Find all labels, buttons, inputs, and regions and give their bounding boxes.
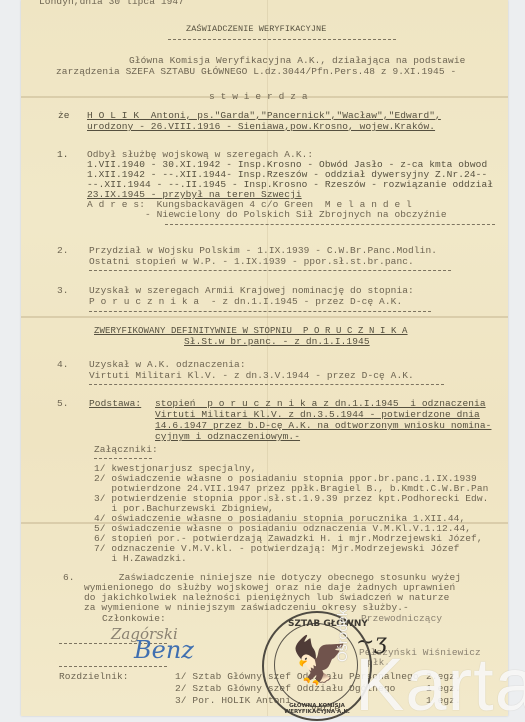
stamp-ring-text: GŁÓWNA KOMISJA WERYFIKACYJNA A.K. xyxy=(272,703,362,715)
section-4-line: Uzyskał w A.K. odznaczenia: xyxy=(89,360,246,371)
section-2-number: 2. xyxy=(57,246,69,257)
section-5-line: 14.6.1947 przez b.D-cę A.K. na odtworzon… xyxy=(155,421,491,432)
attachment-item: i H.Zawadzki. xyxy=(94,554,187,565)
document-page: Londyn,dnia 30 lipca 1947 ZAŚWIADCZENIE … xyxy=(21,0,508,716)
section-1-line: - Niewcielony do Polskich Sił Zbrojnych … xyxy=(87,210,447,221)
attachments-label: Załączniki: xyxy=(94,445,158,456)
section-1-number: 1. xyxy=(57,150,69,161)
members-label: Członkowie: xyxy=(102,614,166,625)
signature-blue-ink: Benz xyxy=(134,636,194,664)
section-6-line: za wymienione w niniejszym zaświadczeniu… xyxy=(84,603,409,614)
subject-prefix: że xyxy=(58,111,70,122)
section-rule xyxy=(165,224,495,225)
section-3-line: Uzyskał w szeregach Armii Krajowej nomin… xyxy=(89,286,414,297)
subject-name: H O L I K Antoni, ps."Garda","Pancernick… xyxy=(87,111,441,122)
section-2-line: Ostatni stopień w W.P. - 1.IX.1939 - ppo… xyxy=(89,257,414,268)
intro-line-2: zarządzenia SZEFA SZTABU GŁÓWNEGO L.dz.3… xyxy=(56,67,456,78)
section-rule xyxy=(89,311,431,312)
document-title: ZAŚWIADCZENIE WERYFIKACYJNE xyxy=(186,24,326,35)
chairman-label: Przewodniczący xyxy=(361,614,442,625)
karta-watermark-logo: Karta xyxy=(355,650,525,720)
section-5-line: stopień p o r u c z n i k a z dn.1.I.194… xyxy=(155,399,486,410)
section-3-number: 3. xyxy=(57,286,69,297)
subject-birth: urodzony - 26.VIII.1916 - Sieniawa,pow.K… xyxy=(87,122,435,133)
stamp-top-text: SZTAB GŁÓWNY xyxy=(288,619,368,629)
section-6-number: 6. xyxy=(63,573,75,584)
intro-line-1: Główna Komisja Weryfikacyjna A.K., dział… xyxy=(129,56,465,67)
section-5-number: 5. xyxy=(57,399,69,410)
section-4-number: 4. xyxy=(57,360,69,371)
paper-fold xyxy=(21,316,508,318)
section-rule xyxy=(89,384,444,385)
distribution-label: Rozdzielnik: xyxy=(59,672,129,683)
section-5-line: Virtuti Militari Kl.V. z dn.3.5.1944 - p… xyxy=(155,410,480,421)
section-rule xyxy=(89,270,451,271)
signature-line xyxy=(59,666,167,667)
place-date: Londyn,dnia 30 lipca 1947 xyxy=(39,0,184,8)
title-rule xyxy=(168,39,396,40)
section-2-line: Przydział w Wojsku Polskim - 1.IX.1939 -… xyxy=(89,246,437,257)
verified-subheading: Sł.St.w br.panc. - z dn.1.I.1945 xyxy=(184,337,370,348)
section-5-label: Podstawa: xyxy=(89,399,141,410)
stwierdza: s t w i e r d z a xyxy=(209,92,308,103)
section-4-line: Virtuti Militari Kl.V. - z dn.3.V.1944 -… xyxy=(89,371,414,382)
verified-heading: ZWERYFIKOWANY DEFINITYWNIE W STOPNIU P O… xyxy=(94,326,408,337)
attachments-rule xyxy=(94,458,152,459)
section-5-line: cyjnym i odznaczeniowym.- xyxy=(155,432,300,443)
section-3-line: P o r u c z n i k a - z dn.1.I.1945 - pr… xyxy=(89,297,402,308)
watermark-side-text: Ośrodek xyxy=(334,602,352,662)
